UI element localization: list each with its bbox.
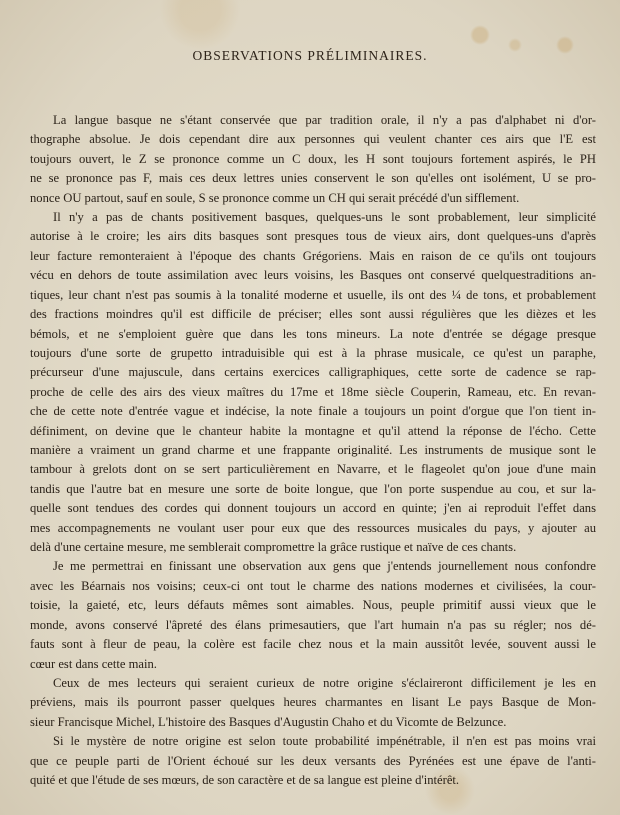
text-line: précurseur d'une majuscule, dans certain… [30, 365, 596, 380]
text-line: autorise à le croire; les airs dits basq… [30, 229, 596, 244]
text-line: monde, avons conservé l'âpreté des élans… [30, 618, 596, 633]
text-line: avec les Béarnais nos voisins; ceux-ci o… [30, 579, 596, 594]
text-line: préviens, mais ils pourront passer quelq… [30, 695, 596, 710]
text-line: tandis que l'autre bat en mesure une sor… [30, 482, 596, 497]
text-line: Si le mystère de notre origine est selon… [53, 734, 596, 749]
text-line: toujours ouvert, le Z se prononce comme … [30, 152, 596, 167]
text-line: Ceux de mes lecteurs qui seraient curieu… [53, 676, 596, 691]
text-line: che de cette note d'entrée vague et indé… [30, 404, 596, 419]
scanned-page: OBSERVATIONS PRÉLIMINAIRES. La langue ba… [0, 0, 620, 815]
text-line: quité et que l'étude de ses mœurs, de so… [30, 773, 459, 788]
text-line: Je me permettrai en finissant une observ… [53, 559, 596, 574]
text-line: toujours d'une sorte de grupetto intradu… [30, 346, 596, 361]
text-line: leur facture remonteraient à l'époque de… [30, 249, 596, 264]
text-line: ne se prononce pas F, mais ces deux lett… [30, 171, 596, 186]
text-line: tiques, leur chant n'est pas soumis à la… [30, 288, 596, 303]
text-line: que ce peuple parti de l'Orient échoué s… [30, 754, 596, 769]
text-line: définiment, on devine que le chanteur ha… [30, 424, 596, 439]
text-line: toisie, la gaieté, etc, leurs défauts mê… [30, 598, 596, 613]
text-line: nonce OU partout, sauf en soule, S se pr… [30, 191, 519, 206]
text-line: des fractions moindres qu'il est diffici… [30, 307, 596, 322]
text-line: bémols, et ne s'emploient guère que dans… [30, 327, 596, 342]
text-line: La langue basque ne s'étant conservée qu… [53, 113, 596, 128]
text-line: fauts sont à fleur de peau, la colère es… [30, 637, 596, 652]
text-line: sieur Francisque Michel, L'histoire des … [30, 715, 506, 730]
text-line: quelle sont tendues des cordes qui donne… [30, 501, 596, 516]
text-line: vécu en dehors de toute assimilation ave… [30, 268, 596, 283]
text-line: mes accompagnements ne voulant user pour… [30, 521, 596, 536]
text-line: Il n'y a pas de chants positivement basq… [53, 210, 596, 225]
text-line: thographe absolue. Je dois cependant dir… [30, 132, 596, 147]
text-line: cœur est dans cette main. [30, 657, 157, 672]
page-title: OBSERVATIONS PRÉLIMINAIRES. [0, 48, 620, 64]
text-line: proche de celle des airs des vieux maîtr… [30, 385, 596, 400]
text-line: tambour à grelots dont on se sert partic… [30, 462, 596, 477]
text-line: manière a vraiment un grand charme et un… [30, 443, 596, 458]
text-line: delà d'une certaine mesure, me semblerai… [30, 540, 516, 555]
